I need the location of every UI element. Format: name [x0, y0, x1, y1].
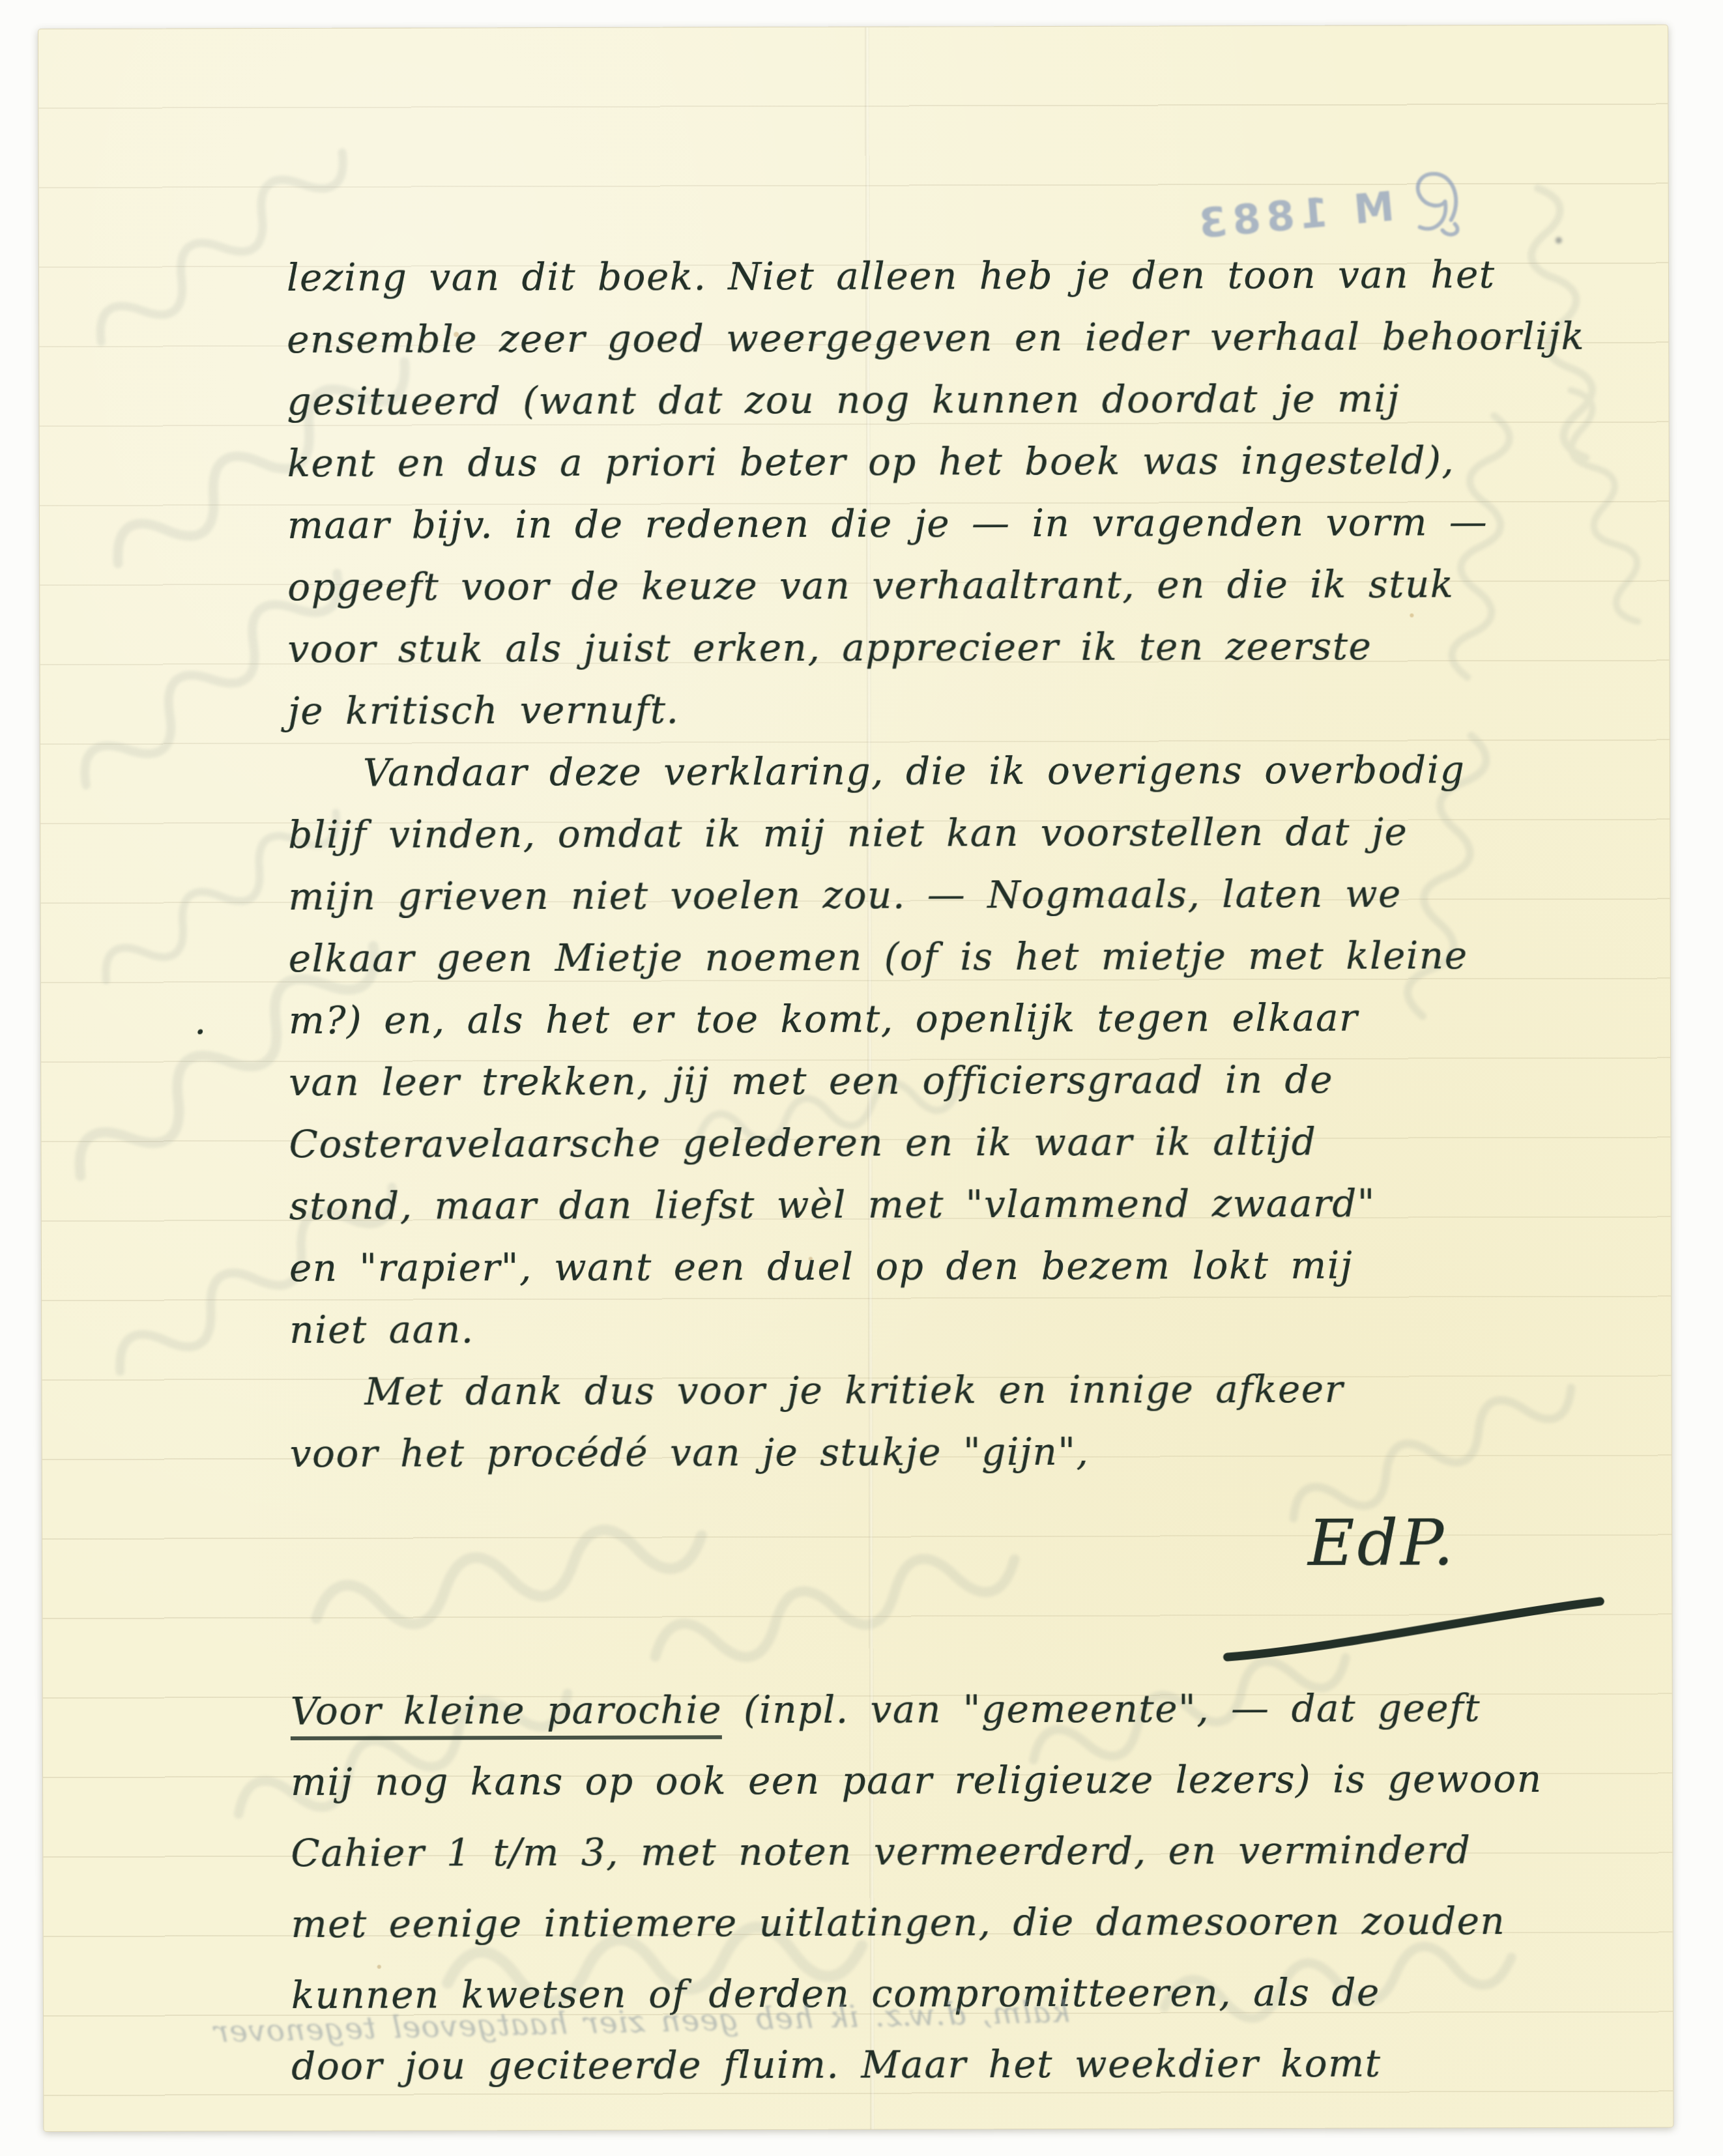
- letter-line: Met dank dus voor je kritiek en innige a…: [289, 1366, 1642, 1431]
- signature-flourish: [1221, 1586, 1612, 1672]
- letter-line: blijf vinden, omdat ik mij niet kan voor…: [288, 809, 1640, 874]
- letter-line: door jou geciteerde fluim. Maar het week…: [291, 2041, 1650, 2115]
- letter-body: lezing van dit boek. Niet alleen heb je …: [287, 252, 1642, 1493]
- margin-dot: .: [194, 998, 207, 1044]
- letter-line: ensemble zeer goed weergegeven en ieder …: [287, 314, 1639, 379]
- letter-line: voor stuk als juist erken, apprecieer ik…: [287, 624, 1640, 689]
- letter-line: Vandaar deze verklaring, die ik overigen…: [288, 747, 1640, 812]
- letter-line: Cahier 1 t/m 3, met noten vermeerderd, e…: [291, 1828, 1649, 1902]
- letter-line: stond, maar dan liefst wèl met "vlammend…: [289, 1181, 1642, 1246]
- letter-line: gesitueerd (want dat zou nog kunnen door…: [287, 376, 1639, 441]
- letter-line: lezing van dit boek. Niet alleen heb je …: [287, 252, 1639, 317]
- letter-line: Voor kleine parochie (inpl. van "gemeent…: [291, 1686, 1649, 1760]
- letter-line: mijn grieven niet voelen zou. — Nogmaals…: [288, 871, 1640, 936]
- letter-line: niet aan.: [289, 1304, 1642, 1370]
- letter-line: met eenige intiemere uitlatingen, die da…: [291, 1899, 1650, 1973]
- letter-line: .m?) en, als het er toe komt, openlijk t…: [289, 995, 1641, 1060]
- stamp-monogram-icon: [1400, 137, 1471, 266]
- letter-paper: M 1883 lezing van dit boek. Niet alleen …: [38, 24, 1673, 2132]
- signature: EdP.: [1308, 1506, 1456, 1581]
- letter-postscript: Voor kleine parochie (inpl. van "gemeent…: [291, 1686, 1651, 2115]
- letter-line: Costeravelaarsche gelederen en ik waar i…: [289, 1119, 1641, 1184]
- letter-line: opgeeft voor de keuze van verhaaltrant, …: [287, 562, 1640, 627]
- letter-line: en "rapier", want een duel op den bezem …: [289, 1243, 1642, 1308]
- stamp-number: M 1883: [1191, 182, 1396, 248]
- underlined-phrase: Voor kleine parochie: [291, 1688, 723, 1740]
- letter-line: van leer trekken, jij met een officiersg…: [289, 1057, 1641, 1122]
- letter-line: voor het procédé van je stukje "gijn",: [290, 1428, 1642, 1493]
- letter-line: mij nog kans op ook een paar religieuze …: [291, 1757, 1649, 1831]
- letter-line: elkaar geen Mietje noemen (of is het mie…: [289, 933, 1641, 998]
- letter-line: kent en dus a priori beter op het boek w…: [287, 438, 1640, 503]
- letter-line: maar bijv. in de redenen die je — in vra…: [287, 500, 1640, 565]
- letter-line: je kritisch vernuft.: [288, 685, 1640, 751]
